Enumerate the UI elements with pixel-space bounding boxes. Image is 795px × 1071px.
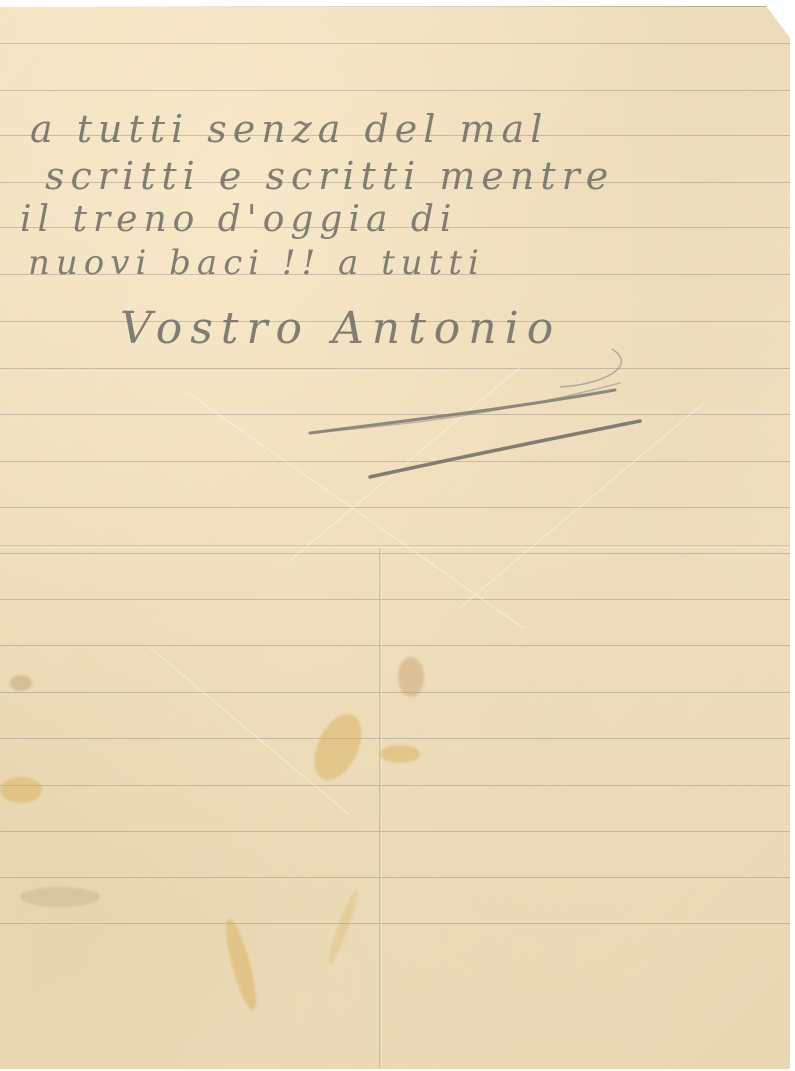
letter-paper: a tutti senza del mal scritti e scritti … xyxy=(0,6,790,1069)
signature-flourish-icon xyxy=(0,7,790,1069)
